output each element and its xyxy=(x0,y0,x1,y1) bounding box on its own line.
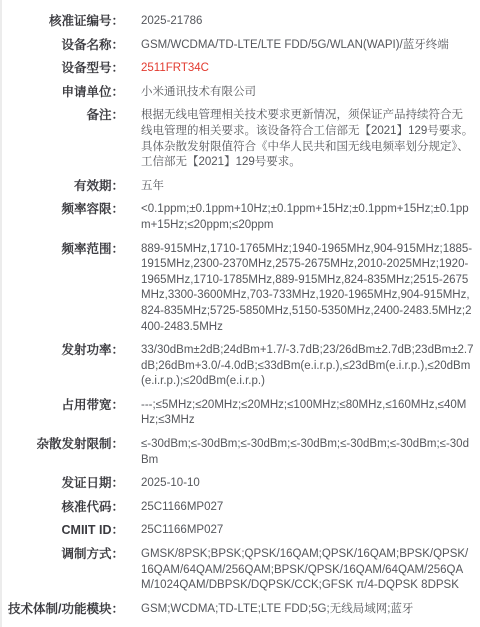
field-row-issue-date: 发证日期： 2025-10-10 xyxy=(0,476,474,492)
field-row-remarks: 备注： 根据无线电管理相关技术要求更新情况，须保证产品持续符合无线电管理的相关要… xyxy=(0,108,474,170)
field-row-applicant: 申请单位： 小米通讯技术有限公司 xyxy=(0,85,474,101)
frequency-range-value: 889-915MHz,1710-1765MHz;1940-1965MHz,904… xyxy=(141,242,474,336)
page-left-edge xyxy=(0,0,2,627)
tech-standard-value: GSM;WCDMA;TD-LTE;LTE FDD;5G;无线局域网;蓝牙 xyxy=(141,602,474,618)
field-label: 技术体制/功能模块： xyxy=(0,602,124,618)
field-row-device-model: 设备型号： 2511FRT34C xyxy=(0,61,474,77)
field-row-transmit-power: 发射功率： 33/30dBm±2dB;24dBm+1.7/-3.7dB;23/2… xyxy=(0,343,474,390)
field-label: 备注： xyxy=(0,108,124,124)
issue-date-value: 2025-10-10 xyxy=(141,476,474,492)
field-label: 发证日期： xyxy=(0,476,124,492)
field-row-modulation: 调制方式： GMSK/8PSK;BPSK;QPSK/16QAM;QPSK/16Q… xyxy=(0,547,474,594)
transmit-power-value: 33/30dBm±2dB;24dBm+1.7/-3.7dB;23/26dBm±2… xyxy=(141,343,474,390)
field-row-approval-code: 核准代码： 25C1166MP027 xyxy=(0,500,474,516)
field-label: 发射功率： xyxy=(0,343,124,359)
field-label: 核准证编号： xyxy=(0,14,124,30)
field-row-occupied-bandwidth: 占用带宽： ---;≤5MHz;≤20MHz;≤20MHz;≤100MHz;≤8… xyxy=(0,398,474,429)
field-label: 频率容限： xyxy=(0,202,124,218)
field-row-spurious-emission-limit: 杂散发射限制： ≤-30dBm;≤-30dBm;≤-30dBm;≤-30dBm;… xyxy=(0,437,474,468)
field-label: 核准代码： xyxy=(0,500,124,516)
field-row-approval-number: 核准证编号： 2025-21786 xyxy=(0,14,474,30)
applicant-value: 小米通讯技术有限公司 xyxy=(141,85,474,101)
approval-number-value: 2025-21786 xyxy=(141,14,474,30)
field-row-cmiit-id: CMIIT ID： 25C1166MP027 xyxy=(0,523,474,539)
validity-period-value: 五年 xyxy=(141,179,474,195)
spurious-emission-limit-value: ≤-30dBm;≤-30dBm;≤-30dBm;≤-30dBm;≤-30dBm;… xyxy=(141,437,474,468)
field-label: 设备名称： xyxy=(0,38,124,54)
device-name-value: GSM/WCDMA/TD-LTE/LTE FDD/5G/WLAN(WAPI)/蓝… xyxy=(141,38,474,54)
remarks-value: 根据无线电管理相关技术要求更新情况，须保证产品持续符合无线电管理的相关要求。该设… xyxy=(141,108,474,170)
field-label: 杂散发射限制： xyxy=(0,437,124,453)
approval-code-value: 25C1166MP027 xyxy=(141,500,474,516)
field-label: 占用带宽： xyxy=(0,398,124,414)
certificate-detail-list: 核准证编号： 2025-21786 设备名称： GSM/WCDMA/TD-LTE… xyxy=(0,0,480,627)
field-label: 设备型号： xyxy=(0,61,124,77)
field-label: 调制方式： xyxy=(0,547,124,563)
modulation-value: GMSK/8PSK;BPSK;QPSK/16QAM;QPSK/16QAM;BPS… xyxy=(141,547,474,594)
field-label: 频率范围： xyxy=(0,242,124,258)
frequency-tolerance-value: <0.1ppm;±0.1ppm+10Hz;±0.1ppm+15Hz;±0.1pp… xyxy=(141,202,474,233)
field-row-tech-standard: 技术体制/功能模块： GSM;WCDMA;TD-LTE;LTE FDD;5G;无… xyxy=(0,602,474,618)
field-row-frequency-range: 频率范围： 889-915MHz,1710-1765MHz;1940-1965M… xyxy=(0,242,474,336)
cmiit-id-value: 25C1166MP027 xyxy=(141,523,474,539)
field-row-frequency-tolerance: 频率容限： <0.1ppm;±0.1ppm+10Hz;±0.1ppm+15Hz;… xyxy=(0,202,474,233)
field-row-validity-period: 有效期： 五年 xyxy=(0,179,474,195)
field-label: CMIIT ID： xyxy=(0,523,124,539)
device-model-value: 2511FRT34C xyxy=(141,61,474,77)
field-row-device-name: 设备名称： GSM/WCDMA/TD-LTE/LTE FDD/5G/WLAN(W… xyxy=(0,38,474,54)
field-label: 申请单位： xyxy=(0,85,124,101)
field-label: 有效期： xyxy=(0,179,124,195)
occupied-bandwidth-value: ---;≤5MHz;≤20MHz;≤20MHz;≤100MHz;≤80MHz,≤… xyxy=(141,398,474,429)
